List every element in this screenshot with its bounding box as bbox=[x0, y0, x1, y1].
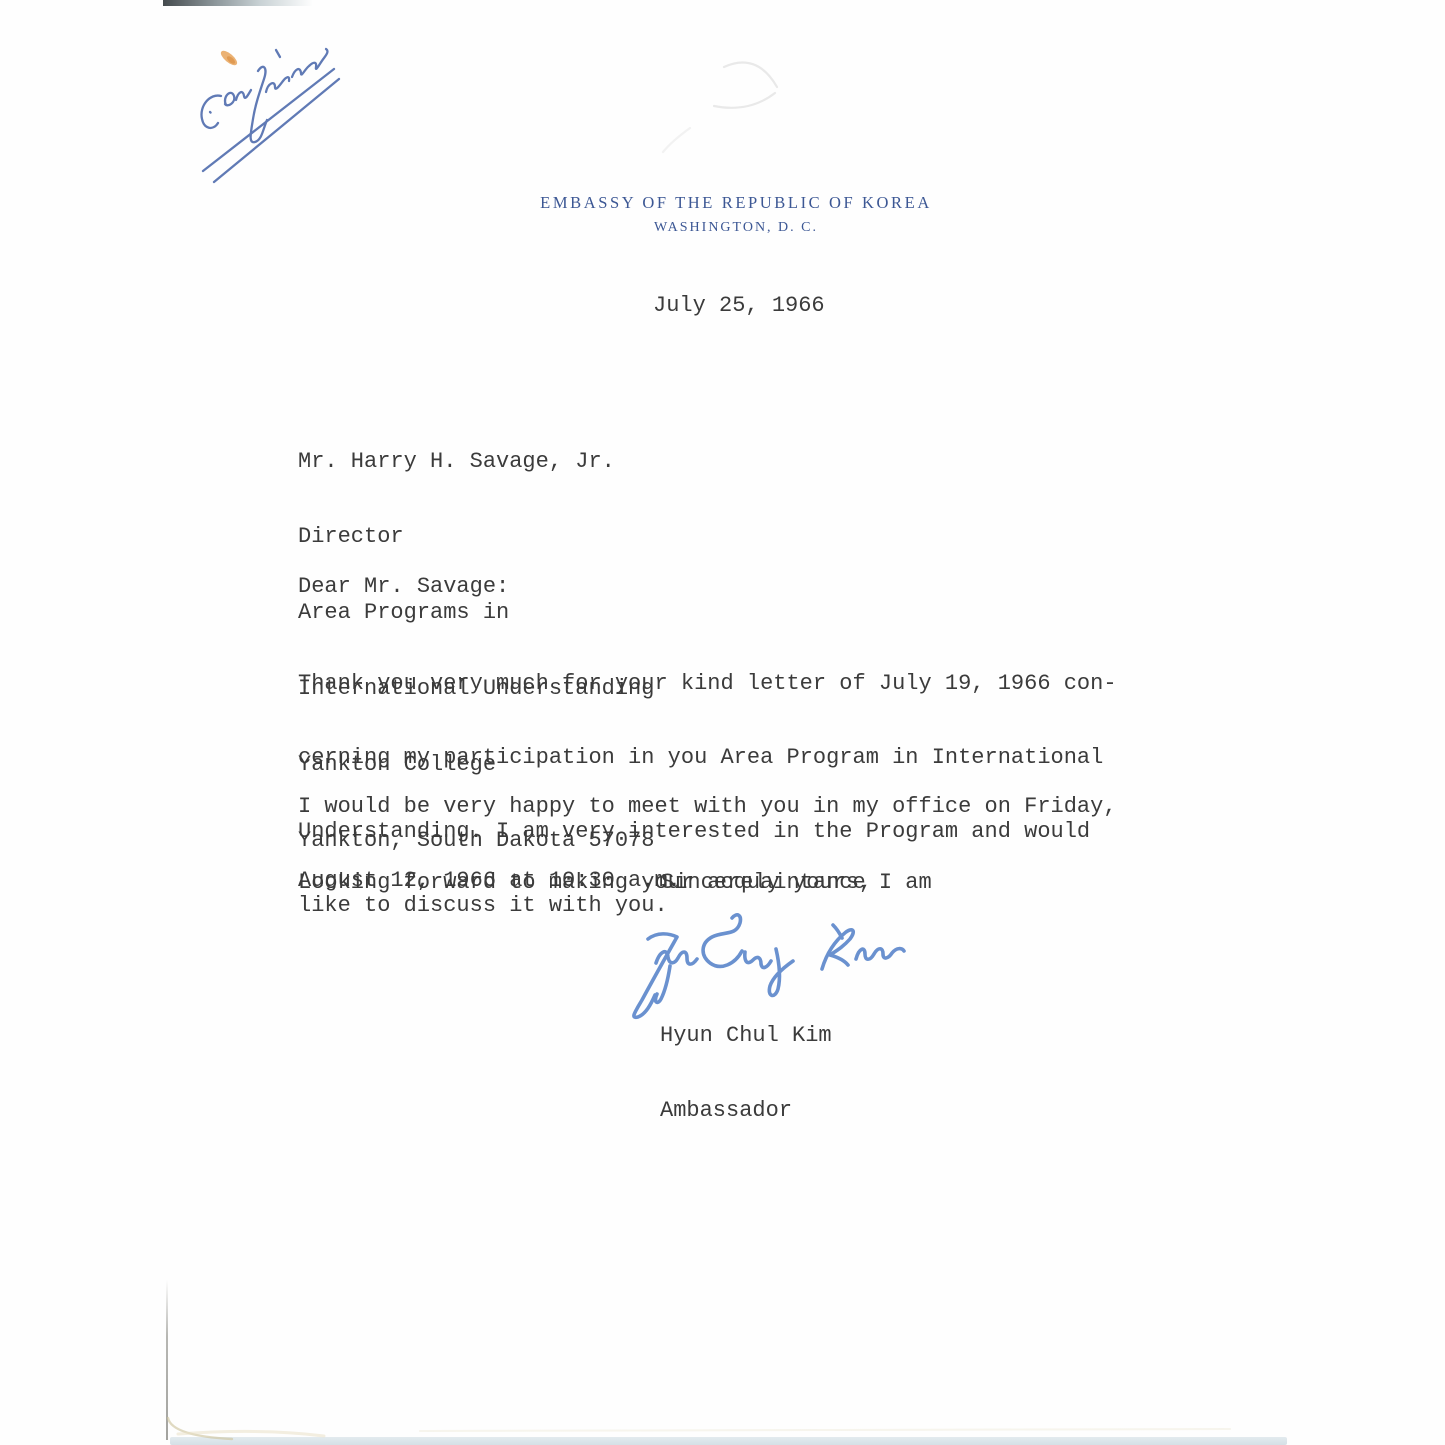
paper-edge-left bbox=[166, 1280, 168, 1440]
signature-block: Hyun Chul Kim Ambassador bbox=[660, 973, 832, 1173]
salutation: Dear Mr. Savage: bbox=[298, 575, 509, 600]
stain-mark bbox=[219, 48, 240, 67]
body-line: Thank you very much for your kind letter… bbox=[298, 672, 1117, 697]
date-line: July 25, 1966 bbox=[653, 294, 825, 319]
letterhead-org-name: EMBASSY OF THE REPUBLIC OF KOREA bbox=[436, 193, 1036, 212]
letterhead: EMBASSY OF THE REPUBLIC OF KOREA WASHING… bbox=[436, 193, 1036, 236]
paper-edge-bottom bbox=[170, 1437, 1287, 1445]
body-line: I would be very happy to meet with you i… bbox=[298, 795, 1117, 820]
crease-mark bbox=[663, 63, 777, 153]
confirm-annotation bbox=[201, 49, 339, 182]
typed-signer-title: Ambassador bbox=[660, 1098, 832, 1123]
scan-edge-top bbox=[163, 0, 313, 6]
letterhead-city: WASHINGTON, D. C. bbox=[436, 220, 1036, 236]
scanned-letter-page: EMBASSY OF THE REPUBLIC OF KOREA WASHING… bbox=[0, 0, 1445, 1445]
typed-signer-name: Hyun Chul Kim bbox=[660, 1023, 832, 1048]
recipient-name: Mr. Harry H. Savage, Jr. bbox=[298, 449, 654, 474]
recipient-dept-line1: Area Programs in bbox=[298, 600, 654, 625]
corner-smudge bbox=[168, 1418, 1230, 1439]
recipient-title: Director bbox=[298, 524, 654, 549]
valediction: Sincerely yours, bbox=[661, 871, 872, 896]
